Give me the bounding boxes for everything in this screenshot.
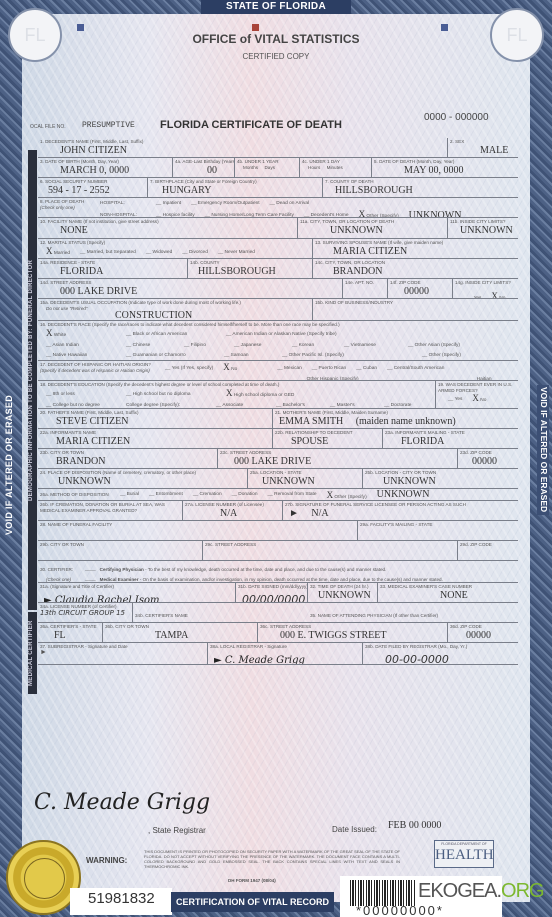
fathers-name: STEVE CITIZEN (40, 416, 270, 427)
f26a-label: 26a. METHOD OF DISPOSITION (40, 492, 120, 498)
disposition-city: UNKNOWN (365, 476, 516, 487)
me-case-number: NONE (380, 590, 516, 601)
informant-state: FLORIDA (385, 436, 516, 447)
certifier-state: FL (40, 630, 100, 641)
informant-name: MARIA CITIZEN (40, 436, 270, 447)
f30-label: 30. CERTIFIER: (40, 567, 85, 573)
office-title: OFFICE of VITAL STATISTICS (0, 32, 552, 46)
residence-street: 000 LAKE DRIVE (40, 286, 340, 297)
residence-city: BRANDON (315, 266, 516, 277)
f31a-label: 31a. (Signature and Title of Certifier) (40, 584, 233, 590)
state-band: STATE OF FLORIDA (201, 0, 351, 14)
informant-city: BRANDON (40, 456, 215, 467)
race-american-indian[interactable]: __ American Indian or Alaskan Native (Sp… (226, 330, 337, 340)
f8-sub: (Check only one) (40, 205, 100, 211)
local-file-value: PRESUMPTIVE (82, 121, 135, 130)
method-other[interactable]: X Other (Specify) (327, 490, 367, 500)
f35-label: 35. NAME OF ATTENDING PHYSICIAN (If othe… (310, 613, 438, 619)
f34b-label: 34b. CERTIFIER'S NAME (135, 613, 310, 619)
blue-square-marker (77, 24, 84, 31)
inside-limits-yes[interactable]: __ Yes (455, 296, 481, 298)
hospital-label: HOSPITAL: (100, 199, 146, 209)
inside-limits-no[interactable]: X No (491, 296, 505, 298)
months-label: Months (243, 165, 258, 170)
race-other-asian[interactable]: __ Other Asian (Specify) (408, 341, 460, 351)
f17-sub: (Specify if decedent was of Hispanic or … (40, 368, 165, 374)
armed-forces-no[interactable]: X No (472, 393, 486, 406)
informant-zip: 00000 (460, 456, 516, 467)
date-of-birth: MARCH 0, 0000 (40, 165, 170, 176)
time-of-death: UNKNOWN (310, 590, 375, 601)
health-logo: FLORIDA DEPARTMENT OF HEALTH (434, 840, 494, 868)
f30-check: (Check one) (40, 577, 85, 582)
facility-name: NONE (40, 225, 295, 236)
opt-inpatient[interactable]: __ Inpatient (156, 199, 181, 209)
edu-8th[interactable]: __ 8th or less (46, 390, 116, 400)
armed-forces-yes[interactable]: __ Yes (448, 395, 462, 405)
me-text: - On the basis of examination, and/or in… (138, 577, 442, 582)
race-other-pacific[interactable]: __ Other Pacific Isl. (Specify) (282, 351, 412, 360)
barcode-area: EKOGEA.ORG *00000000* (340, 876, 502, 917)
method-cremation[interactable]: __ Cremation (193, 492, 222, 497)
minutes-label: Minutes (327, 165, 343, 170)
place-of-death-other: UNKNOWN (409, 210, 462, 217)
me-title: Medical Examiner (100, 577, 139, 582)
place-of-disposition: UNKNOWN (40, 476, 245, 487)
edu-college-degree[interactable]: College degree (Specify): (126, 401, 206, 408)
f29b-label: 29b. CITY OR TOWN (40, 542, 200, 548)
mothers-name: EMMA SMITH (279, 416, 343, 427)
f14e-label: 14e. APT. NO. (345, 280, 385, 286)
opt-nursing-home[interactable]: __ Nursing Home/Long Term Care Facility (205, 211, 294, 218)
edu-doctorate[interactable]: __ Doctorate (384, 401, 411, 408)
relationship: SPOUSE (275, 436, 380, 447)
certifier-zip: 00000 (450, 630, 516, 641)
certifier-physician-check[interactable]: ____ (85, 565, 96, 575)
hispanic-mexican[interactable]: __ Mexican (277, 364, 302, 374)
certificate-number: 0000 - 000000 (424, 112, 489, 123)
form-number: DH FORM 1947 (08/04) (228, 878, 276, 883)
haitian[interactable]: __ Haitian (470, 375, 492, 380)
method-entombment[interactable]: __ Entombment (149, 492, 183, 497)
hispanic-puerto-rican[interactable]: __ Puerto Rican (312, 364, 346, 374)
age: 00 (175, 165, 232, 176)
f29c-label: 29c. STREET ADDRESS (205, 542, 455, 548)
date-signed: 00/00/0000 (238, 593, 305, 602)
watermark-text: EKOGEA.ORG (418, 880, 544, 903)
hispanic-other[interactable]: __ Other Hispanic (Specify) (300, 375, 460, 380)
ssn: 594 - 17 - 2552 (40, 185, 145, 196)
opt-divorced[interactable]: __ Divorced (182, 248, 208, 258)
local-file-label: OCAL FILE NO. (30, 124, 66, 130)
certifier-city: TAMPA (105, 630, 255, 641)
warning-text: THIS DOCUMENT IS PRINTED OR PHOTOCOPIED … (144, 849, 400, 869)
edu-hs-no-diploma[interactable]: __ High school but no diploma (126, 390, 216, 400)
race-other[interactable]: __ Other (Specify) (422, 351, 461, 360)
race-japanese[interactable]: __ Japanese (234, 341, 282, 351)
serial-number: 51981832 (88, 890, 155, 907)
edu-hs-diploma[interactable]: X High school diploma or GED (226, 388, 294, 401)
nonhospital-label: NON-HOSPITAL: (100, 211, 146, 218)
race-korean[interactable]: __ Korean (292, 341, 334, 351)
opt-doa[interactable]: __ Dead on Arrival (270, 199, 309, 209)
edu-college-no-degree[interactable]: __ College but no degree (46, 401, 116, 408)
certifier-signature: Claudia Rachel Isom (55, 595, 160, 602)
certifier-license: 13th CIRCUIT GROUP 15 (40, 610, 130, 617)
certifier-me-check[interactable]: ____ (85, 575, 96, 582)
race-guamanian[interactable]: __ Guamanian or Chamorro (126, 351, 214, 360)
decedent-name: JOHN CITIZEN (40, 145, 445, 156)
license-number: N/A (185, 508, 280, 519)
opt-decedents-home[interactable]: __ Decedent's Home (304, 211, 349, 218)
edu-masters[interactable]: __ Master's (330, 401, 374, 408)
days-label: Days (264, 165, 274, 170)
state-registrar-title: , State Registrar (148, 826, 206, 835)
f38b-label: 38b. DATE FILED BY REGISTRAR (Mo., Day, … (365, 644, 516, 650)
hispanic-cuban[interactable]: __ Cuban (356, 364, 377, 374)
method-other-value: UNKNOWN (377, 489, 430, 500)
edu-associate[interactable]: __ Associate (216, 401, 266, 408)
f28-label: 28. NAME OF FUNERAL FACILITY (40, 522, 355, 528)
method-removal[interactable]: __ Removal from State (268, 492, 317, 497)
certified-copy-label: CERTIFIED COPY (0, 52, 552, 61)
residence-zip: 00000 (390, 286, 450, 297)
disposition-state: UNKNOWN (250, 476, 360, 487)
race-white[interactable]: X White (46, 328, 116, 341)
race-asian-indian[interactable]: __ Asian Indian (46, 341, 116, 351)
void-warning-left: VOID IF ALTERED OR ERASED (4, 360, 16, 570)
f29d-label: 29d. ZIP CODE (460, 542, 516, 548)
health-text: HEALTH (435, 847, 493, 863)
race-black[interactable]: __ Black or African American (126, 330, 216, 340)
method-donation[interactable]: __ Donation (232, 492, 258, 497)
race-samoan[interactable]: __ Samoan (224, 351, 272, 360)
certification-band: CERTIFICATION OF VITAL RECORD (171, 892, 334, 912)
f26b-label: 26b. IF CREMATION, DONATION OR BURIAL AT… (40, 502, 180, 513)
date-filed: 00-00-0000 (365, 653, 449, 664)
opt-hospice[interactable]: __ Hospice facility (156, 211, 195, 218)
red-square-marker (252, 24, 259, 31)
opt-emergency[interactable]: __ Emergency Room/Outpatient (191, 199, 260, 209)
local-registrar-signature: C. Meade Grigg (225, 655, 305, 664)
f36a-label: 36a. CERTIFIER'S - STATE (40, 624, 100, 630)
f29a-label: 29a. FACILITY'S MAILING - STATE (360, 522, 516, 528)
opt-married[interactable]: X Married (46, 246, 70, 258)
physician-title: Certifying Physician (100, 567, 144, 572)
hispanic-yes[interactable]: __ Yes (If Yes, specify) (165, 364, 213, 374)
f15b-label: 15b. KIND OF BUSINESS/INDUSTRY (315, 300, 516, 306)
county-of-death: HILLSBOROUGH (325, 185, 516, 196)
opt-never-married[interactable]: __ Never Married (218, 248, 255, 258)
demographic-label: DEMOGRAPHIC INFORMATION TO BE COMPLETED … (28, 150, 37, 610)
date-issued-value: FEB 00 0000 (388, 820, 441, 831)
state-registrar-signature: C. Meade Grigg (34, 790, 210, 815)
date-issued-label: Date Issued: (332, 825, 377, 834)
opt-other[interactable]: X Other (Specify) (359, 209, 399, 217)
void-warning-right: VOID IF ALTERED OR ERASED (537, 385, 549, 515)
f31b-label: 31b. DATE SIGNED (mm/dd/yyyy) (238, 584, 305, 590)
inside-city-limits: UNKNOWN (450, 225, 516, 236)
race-vietnamese[interactable]: __ Vietnamese (344, 341, 398, 351)
certificate-title: FLORIDA CERTIFICATE OF DEATH (160, 119, 342, 131)
city-of-death: UNKNOWN (300, 225, 445, 236)
opt-widowed[interactable]: __ Widowed (146, 248, 172, 258)
spouse-name: MARIA CITIZEN (315, 246, 516, 257)
f14g-label: 14g. INSIDE CITY LIMITS? (455, 280, 516, 286)
hours-label: Hours (308, 165, 320, 170)
edu-bachelors[interactable]: __ Bachelor's (276, 401, 320, 408)
licensee-signature: N/A (301, 508, 328, 519)
residence-state: FLORIDA (40, 266, 185, 277)
hispanic-central-south[interactable]: __ Central/South American (387, 364, 444, 374)
informant-street: 000 LAKE DRIVE (220, 456, 455, 467)
residence-county: HILLSBOROUGH (190, 266, 310, 277)
race-native-hawaiian[interactable]: __ Native Hawaiian (46, 351, 116, 360)
certifier-street: 000 E. TWIGGS STREET (260, 630, 445, 641)
f4a-label: 4a. AGE-Last Birthday (Years) (175, 159, 232, 165)
mothers-name-note: (maiden name unknown) (356, 416, 456, 427)
date-of-death: MAY 00, 0000 (374, 165, 516, 176)
physician-text: - To the best of my knowledge, death occ… (144, 567, 387, 572)
barcode-number: *00000000* (356, 903, 444, 917)
race-filipino[interactable]: __ Filipino (184, 341, 224, 351)
f19-label: 19. WAS DECEDENT EVER IN U.S. ARMED FORC… (438, 382, 516, 393)
hispanic-no[interactable]: X No (223, 362, 237, 375)
f38a-label: 38a. LOCAL REGISTRAR - Signature (210, 644, 360, 650)
race-chinese[interactable]: __ Chinese (126, 341, 174, 351)
birthplace: HUNGARY (150, 185, 320, 196)
blue-square-marker (441, 24, 448, 31)
certificate-form: 1. DECEDENT'S NAME (First, Middle, Last,… (38, 138, 518, 665)
method-burial[interactable]: __ Burial (120, 492, 139, 497)
medical-certifier-label: MEDICAL CERTIFIER (28, 612, 37, 694)
sex: MALE (450, 145, 516, 156)
opt-separated[interactable]: __ Married, but Separated (80, 248, 136, 258)
warning-label: WARNING: (86, 856, 127, 865)
